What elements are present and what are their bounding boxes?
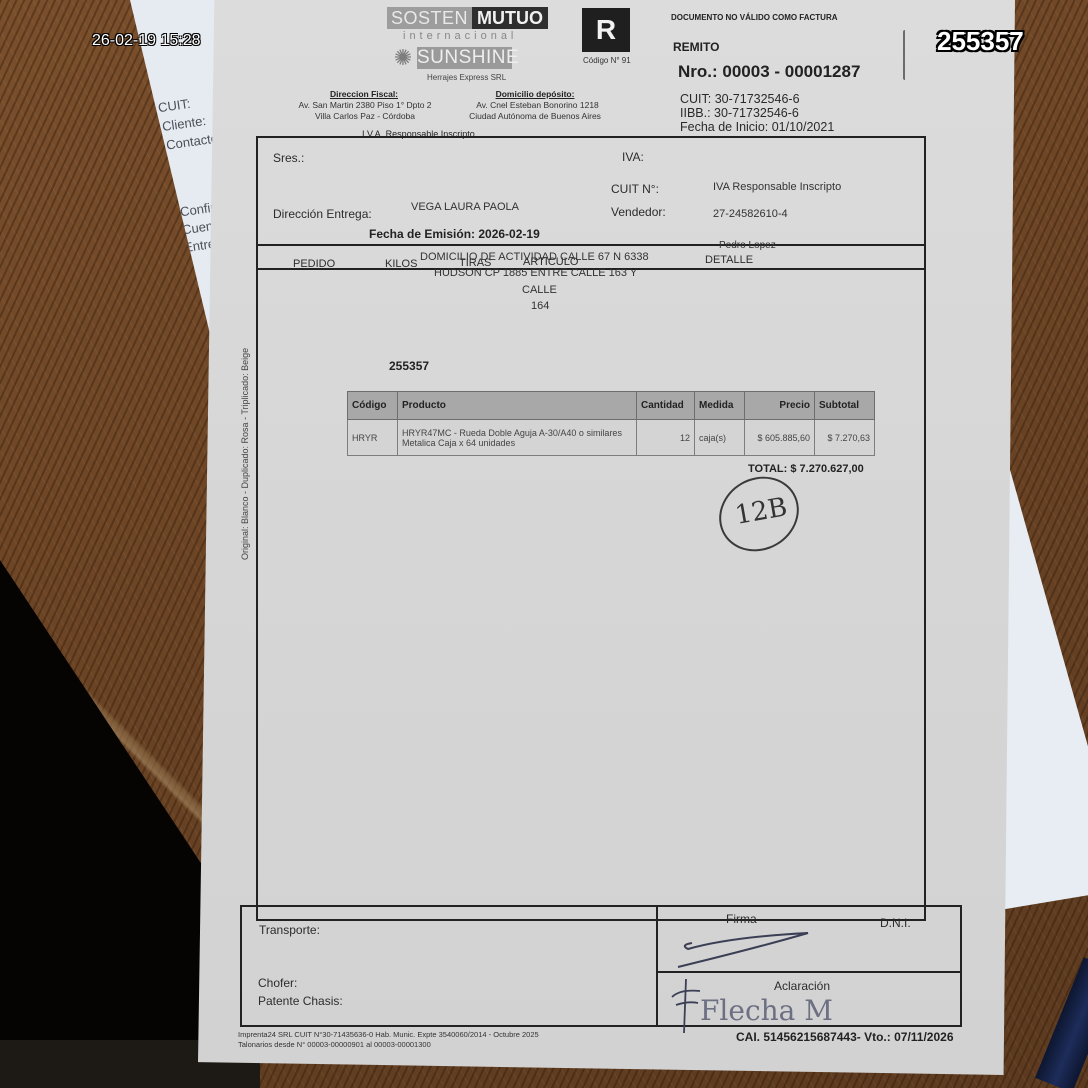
divider [256, 244, 926, 246]
fiscal-address-line: Villa Carlos Paz - Córdoba [285, 111, 445, 121]
cuit-label: CUIT N°: [611, 182, 659, 196]
not-valid-notice: DOCUMENTO NO VÁLIDO COMO FACTURA [671, 13, 838, 22]
company-logo: SOSTEN MUTUO [387, 7, 535, 29]
customer-iva-value: IVA Responsable Inscripto [713, 181, 841, 193]
deposit-address-title: Domicilio depósito: [480, 89, 590, 99]
company-legal-name: Herrajes Express SRL [427, 73, 506, 82]
header-codigo: Código [348, 392, 398, 420]
logo-brand: SUNSHINE [417, 47, 512, 69]
divider [656, 905, 658, 1027]
document-letter-box: R [582, 8, 630, 52]
bg-sheet-label: Cliente: [161, 113, 207, 134]
transporte-label: Transporte: [259, 923, 320, 937]
cell-producto: HRYR47MC - Rueda Doble Aguja A-30/A40 o … [398, 420, 637, 456]
table-row: HRYR HRYR47MC - Rueda Doble Aguja A-30/A… [348, 420, 875, 456]
start-date: Fecha de Inicio: 01/10/2021 [680, 120, 834, 134]
header-cantidad: Cantidad [637, 392, 695, 420]
firma-label: Firma [726, 912, 757, 926]
talonarios-line: Talonarios desde N° 00003-00000901 al 00… [238, 1040, 539, 1050]
company-cuit: CUIT: 30-71732546-6 [680, 92, 800, 106]
photo-id: 255357 [937, 26, 1024, 57]
document-title: REMITO [673, 40, 719, 54]
company-iibb: IIBB.: 30-71732546-6 [680, 106, 799, 120]
document-number: Nro.: 00003 - 00001287 [678, 62, 860, 82]
sun-logo-icon: ✺ [388, 45, 418, 71]
cell-cantidad: 12 [637, 420, 695, 456]
issue-date: Fecha de Emisión: 2026-02-19 [369, 227, 540, 241]
fiscal-address-line: Av. San Martin 2380 Piso 1° Dpto 2 [285, 100, 445, 110]
customer-cuit-value: 27-24582610-4 [713, 208, 788, 220]
products-table: Código Producto Cantidad Medida Precio S… [347, 391, 875, 456]
total-amount: TOTAL: $ 7.270.627,00 [748, 463, 864, 475]
header-precio: Precio [745, 392, 815, 420]
cell-subtotal: $ 7.270,63 [815, 420, 875, 456]
handwritten-signature-name: Flecha M [700, 994, 833, 1027]
address-line: 164 [531, 300, 549, 312]
dni-label: D.N.I. [880, 916, 911, 930]
cell-medida: caja(s) [695, 420, 745, 456]
customer-name: VEGA LAURA PAOLA [411, 201, 519, 213]
deposit-address-line: Av. Cnel Esteban Bonorino 1218 [455, 100, 620, 110]
printer-line: Imprenta24 SRL CUIT N°30-71435636-0 Hab.… [238, 1030, 539, 1040]
address-line: CALLE [522, 284, 557, 296]
pen-mark [903, 30, 908, 80]
address-line: DOMICILIO DE ACTIVIDAD CALLE 67 N 6338 [420, 251, 649, 263]
logo-part-1: SOSTEN [387, 7, 472, 29]
fiscal-address-title: Direccion Fiscal: [314, 89, 414, 99]
printer-info: Imprenta24 SRL CUIT N°30-71435636-0 Hab.… [238, 1030, 539, 1050]
header-medida: Medida [695, 392, 745, 420]
signature-scribble [670, 925, 820, 975]
cai-number: CAI. 51456215687443- Vto.: 07/11/2026 [736, 1030, 954, 1044]
logo-part-2: MUTUO [472, 7, 548, 29]
delivery-address-label: Dirección Entrega: [273, 207, 372, 221]
document-code: Código N° 91 [583, 56, 631, 65]
bg-sheet-label: CUIT: [157, 96, 191, 115]
sres-label: Sres.: [273, 151, 304, 165]
address-line: HUDSON CP 1885 ENTRE CALLE 163 Y [434, 267, 637, 279]
deposit-address-line: Ciudad Autónoma de Buenos Aires [445, 111, 625, 121]
table-header-row: Código Producto Cantidad Medida Precio S… [348, 392, 875, 420]
bg-sheet-label: Confir [179, 200, 215, 220]
cell-precio: $ 605.885,60 [745, 420, 815, 456]
seller-name: Pedro Lopez [719, 240, 776, 251]
column-pedido: PEDIDO [293, 258, 335, 270]
bg-sheet-label: Contacto [165, 130, 219, 152]
seller-label: Vendedor: [611, 205, 666, 219]
chofer-label: Chofer: [258, 976, 297, 990]
patente-label: Patente Chasis: [258, 994, 343, 1008]
cell-codigo: HRYR [348, 420, 398, 456]
column-kilos: KILOS [385, 258, 417, 270]
logo-subtitle: internacional [403, 30, 517, 42]
iva-label: IVA: [622, 150, 644, 164]
copy-color-note: Original: Blanco - Duplicado: Rosa - Tri… [240, 390, 250, 560]
photo-timestamp: 26-02-19 15:28 [92, 32, 201, 50]
header-producto: Producto [398, 392, 637, 420]
handwritten-note-text: 12B [733, 492, 790, 531]
header-subtotal: Subtotal [815, 392, 875, 420]
order-number: 255357 [389, 359, 429, 373]
column-detalle: DETALLE [705, 254, 753, 266]
